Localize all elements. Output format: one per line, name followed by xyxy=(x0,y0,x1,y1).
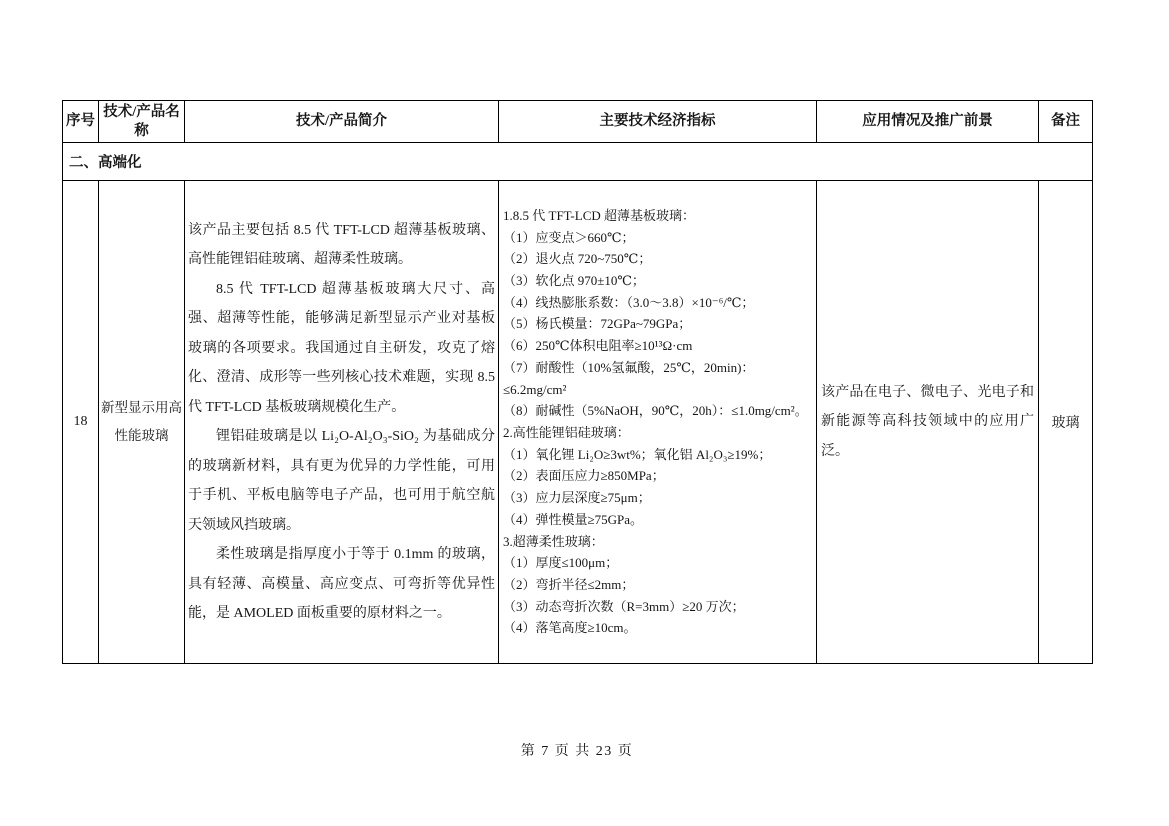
section-title: 二、高端化 xyxy=(63,143,1093,181)
indicator-line: （6）250℃体积电阻率≥10¹³Ω·cm xyxy=(503,335,812,357)
document-page: 序号 技术/产品名称 技术/产品简介 主要技术经济指标 应用情况及推广前景 备注… xyxy=(0,0,1169,826)
intro-paragraph: 锂铝硅玻璃是以 Li₂O-Al₂O₃-SiO₂ 为基础成分的玻璃新材料，具有更为… xyxy=(188,422,495,540)
indicator-line: （3）软化点 970±10℃； xyxy=(503,270,812,292)
indicator-line: （1）氧化锂 Li₂O≥3wt%；氧化铝 Al₂O₃≥19%； xyxy=(503,444,812,466)
col-header-indicators: 主要技术经济指标 xyxy=(499,101,817,143)
indicator-line: （3）应力层深度≥75μm； xyxy=(503,487,812,509)
indicator-line: （4）弹性模量≥75GPa。 xyxy=(503,509,812,531)
indicator-line: 3.超薄柔性玻璃： xyxy=(503,531,812,553)
indicator-line: （1）应变点＞660℃； xyxy=(503,227,812,249)
spec-table: 序号 技术/产品名称 技术/产品简介 主要技术经济指标 应用情况及推广前景 备注… xyxy=(62,100,1093,664)
cell-seq: 18 xyxy=(63,181,99,664)
page-footer: 第 7 页 共 23 页 xyxy=(62,740,1092,760)
section-row: 二、高端化 xyxy=(63,143,1093,181)
indicator-line: （4）落笔高度≥10cm。 xyxy=(503,617,812,639)
col-header-intro: 技术/产品简介 xyxy=(185,101,499,143)
indicator-line: （2）退火点 720~750℃； xyxy=(503,248,812,270)
col-header-application: 应用情况及推广前景 xyxy=(817,101,1039,143)
intro-paragraph: 8.5 代 TFT-LCD 超薄基板玻璃大尺寸、高强、超薄等性能，能够满足新型显… xyxy=(188,275,495,423)
cell-application: 该产品在电子、微电子、光电子和新能源等高科技领域中的应用广泛。 xyxy=(817,181,1039,664)
intro-paragraph: 该产品主要包括 8.5 代 TFT-LCD 超薄基板玻璃、高性能锂铝硅玻璃、超薄… xyxy=(188,216,495,275)
indicator-line: （4）线热膨胀系数：（3.0～3.8）×10⁻⁶/℃； xyxy=(503,292,812,314)
header-row: 序号 技术/产品名称 技术/产品简介 主要技术经济指标 应用情况及推广前景 备注 xyxy=(63,101,1093,143)
cell-remark: 玻璃 xyxy=(1039,181,1093,664)
indicator-line: （7）耐酸性（10%氢氟酸，25℃，20min)：≤6.2mg/cm² xyxy=(503,357,812,400)
indicator-line: 2.高性能锂铝硅玻璃： xyxy=(503,422,812,444)
cell-intro: 该产品主要包括 8.5 代 TFT-LCD 超薄基板玻璃、高性能锂铝硅玻璃、超薄… xyxy=(185,181,499,664)
col-header-remark: 备注 xyxy=(1039,101,1093,143)
indicator-line: （2）弯折半径≤2mm； xyxy=(503,574,812,596)
indicator-line: （5）杨氏模量：72GPa~79GPa； xyxy=(503,313,812,335)
indicator-line: （3）动态弯折次数（R=3mm）≥20 万次； xyxy=(503,596,812,618)
cell-indicators: 1.8.5 代 TFT-LCD 超薄基板玻璃： （1）应变点＞660℃； （2）… xyxy=(499,181,817,664)
indicator-line: 1.8.5 代 TFT-LCD 超薄基板玻璃： xyxy=(503,205,812,227)
col-header-name: 技术/产品名称 xyxy=(99,101,185,143)
indicator-line: （1）厚度≤100μm； xyxy=(503,552,812,574)
indicator-line: （2）表面压应力≥850MPa； xyxy=(503,465,812,487)
indicator-line: （8）耐碱性（5%NaOH，90℃，20h）：≤1.0mg/cm²。 xyxy=(503,400,812,422)
col-header-seq: 序号 xyxy=(63,101,99,143)
intro-paragraph: 柔性玻璃是指厚度小于等于 0.1mm 的玻璃，具有轻薄、高模量、高应变点、可弯折… xyxy=(188,540,495,629)
cell-product-name: 新型显示用高性能玻璃 xyxy=(99,181,185,664)
table-row-18: 18 新型显示用高性能玻璃 该产品主要包括 8.5 代 TFT-LCD 超薄基板… xyxy=(63,181,1093,664)
